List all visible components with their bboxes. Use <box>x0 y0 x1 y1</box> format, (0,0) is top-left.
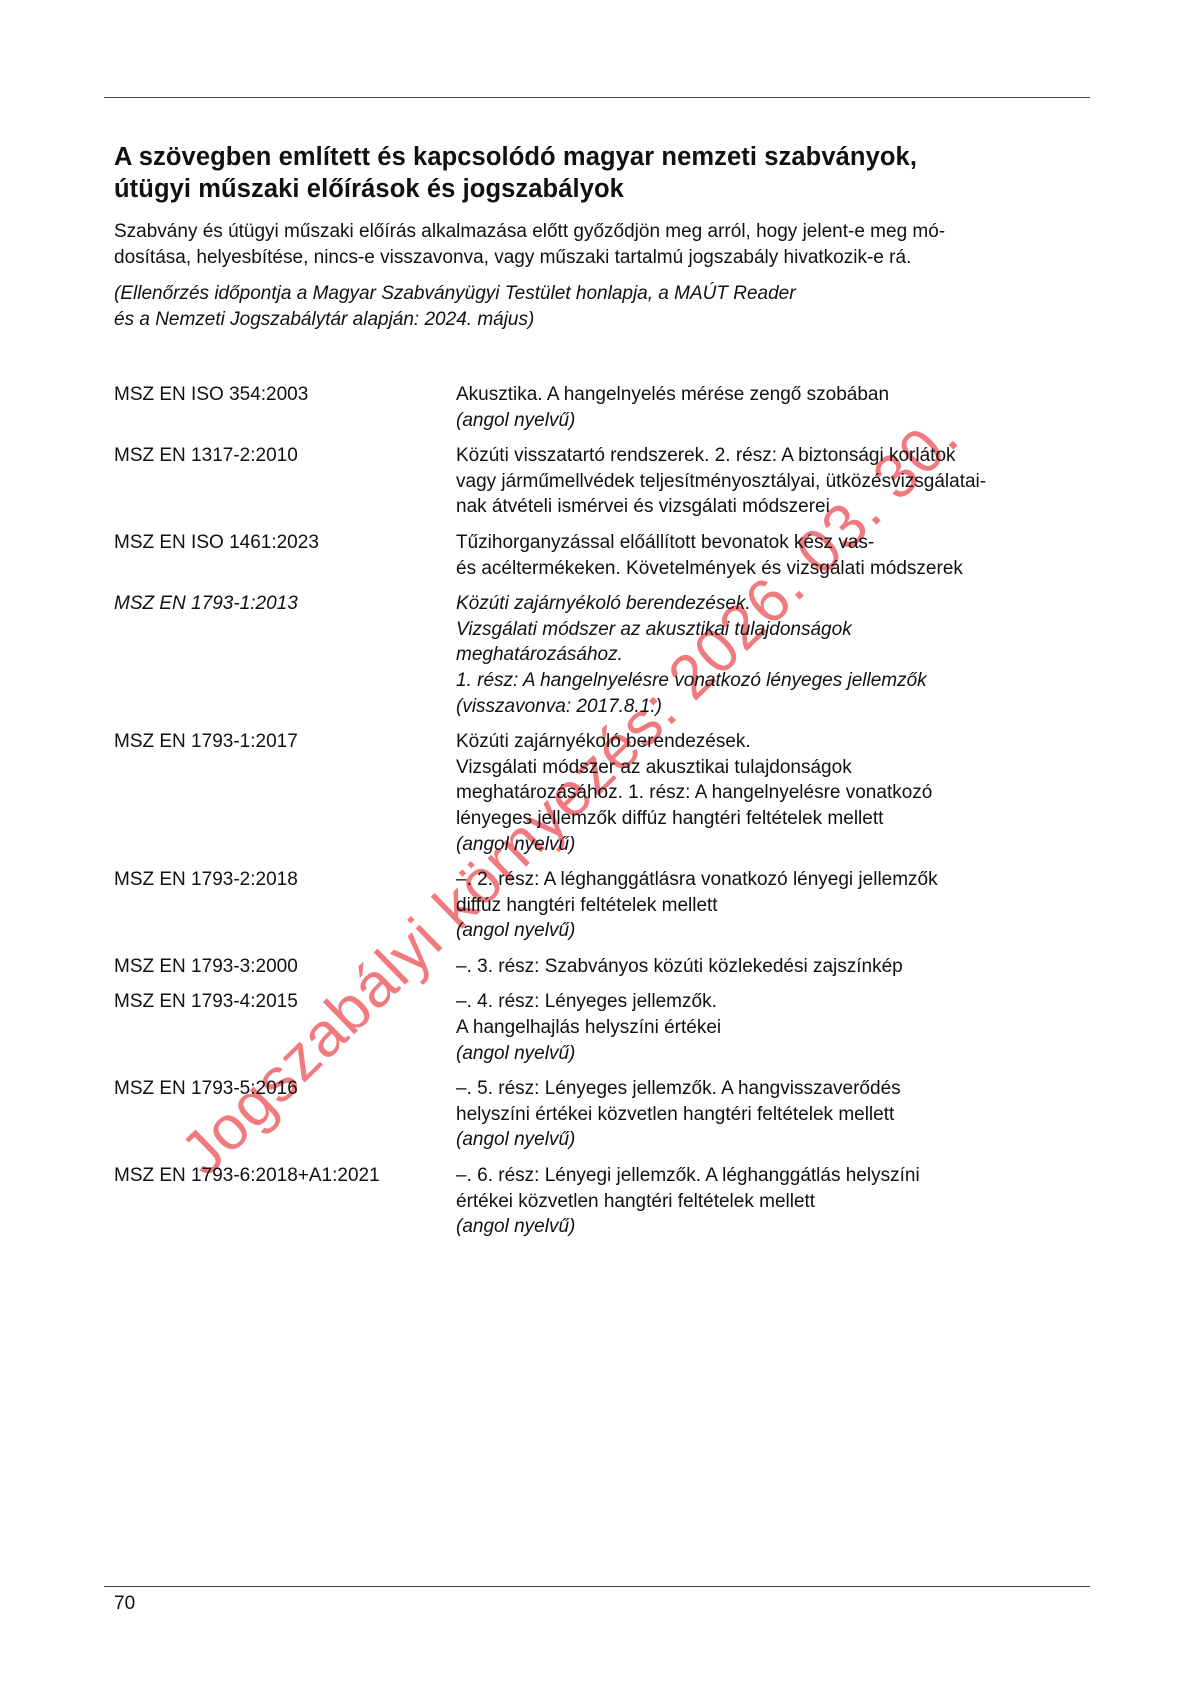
description-line: –. 3. rész: Szabványos közúti közlekedés… <box>456 954 1094 980</box>
description-line: vagy járműmellvédek teljesítményosztálya… <box>456 469 1094 495</box>
description-line: lényeges jellemzők diffúz hangtéri felté… <box>456 806 1094 832</box>
note-line-2: és a Nemzeti Jogszabálytár alapján: 2024… <box>114 307 1074 333</box>
standard-description: Közúti zajárnyékoló berendezések.Vizsgál… <box>456 591 1094 719</box>
intro-paragraph: Szabvány és útügyi műszaki előírás alkal… <box>114 219 1074 271</box>
description-line: –. 2. rész: A léghanggátlásra vonatkozó … <box>456 867 1094 893</box>
standard-row: MSZ EN 1793-1:2013Közúti zajárnyékoló be… <box>114 591 1094 719</box>
description-line: A hangelhajlás helyszíni értékei <box>456 1015 1094 1041</box>
standard-description: –. 2. rész: A léghanggátlásra vonatkozó … <box>456 867 1094 944</box>
description-line: Közúti zajárnyékoló berendezések. <box>456 729 1094 755</box>
description-line: meghatározásához. 1. rész: A hangelnyelé… <box>456 780 1094 806</box>
standard-description: Közúti visszatartó rendszerek. 2. rész: … <box>456 443 1094 520</box>
standard-row: MSZ EN 1793-3:2000–. 3. rész: Szabványos… <box>114 954 1094 980</box>
standard-code: MSZ EN 1317-2:2010 <box>114 443 456 520</box>
standard-row: MSZ EN 1317-2:2010Közúti visszatartó ren… <box>114 443 1094 520</box>
section-heading: A szövegben említett és kapcsolódó magya… <box>114 141 1074 205</box>
standard-code: MSZ EN 1793-6:2018+A1:2021 <box>114 1163 456 1240</box>
standard-description: –. 6. rész: Lényegi jellemzők. A léghang… <box>456 1163 1094 1240</box>
description-line: (angol nyelvű) <box>456 1214 1094 1240</box>
description-line: (angol nyelvű) <box>456 1127 1094 1153</box>
description-line: (visszavonva: 2017.8.1.) <box>456 694 1094 720</box>
verification-note: (Ellenőrzés időpontja a Magyar Szabványü… <box>114 281 1074 333</box>
description-line: Közúti zajárnyékoló berendezések. <box>456 591 1094 617</box>
standard-code: MSZ EN ISO 354:2003 <box>114 382 456 433</box>
standard-description: –. 4. rész: Lényeges jellemzők.A hangelh… <box>456 989 1094 1066</box>
intro-line-2: dosítása, helyesbítése, nincs-e visszavo… <box>114 245 1074 271</box>
footer-rule <box>104 1586 1090 1587</box>
description-line: (angol nyelvű) <box>456 918 1094 944</box>
description-line: Akusztika. A hangelnyelés mérése zengő s… <box>456 382 1094 408</box>
standard-code: MSZ EN ISO 1461:2023 <box>114 530 456 581</box>
description-line: –. 6. rész: Lényegi jellemzők. A léghang… <box>456 1163 1094 1189</box>
standard-row: MSZ EN 1793-1:2017Közúti zajárnyékoló be… <box>114 729 1094 857</box>
standard-code: MSZ EN 1793-3:2000 <box>114 954 456 980</box>
description-line: –. 5. rész: Lényeges jellemzők. A hangvi… <box>456 1076 1094 1102</box>
standard-description: Akusztika. A hangelnyelés mérése zengő s… <box>456 382 1094 433</box>
description-line: 1. rész: A hangelnyelésre vonatkozó lény… <box>456 668 1094 694</box>
standard-code: MSZ EN 1793-5:2016 <box>114 1076 456 1153</box>
standard-description: Közúti zajárnyékoló berendezések.Vizsgál… <box>456 729 1094 857</box>
standard-code: MSZ EN 1793-4:2015 <box>114 989 456 1066</box>
header-rule <box>104 97 1090 98</box>
standard-row: MSZ EN ISO 1461:2023Tűzihorganyzással el… <box>114 530 1094 581</box>
description-line: helyszíni értékei közvetlen hangtéri fel… <box>456 1102 1094 1128</box>
description-line: (angol nyelvű) <box>456 832 1094 858</box>
description-line: Vizsgálati módszer az akusztikai tulajdo… <box>456 755 1094 781</box>
description-line: értékei közvetlen hangtéri feltételek me… <box>456 1189 1094 1215</box>
standard-description: –. 5. rész: Lényeges jellemzők. A hangvi… <box>456 1076 1094 1153</box>
standards-list: MSZ EN ISO 354:2003Akusztika. A hangelny… <box>114 382 1094 1250</box>
standard-code: MSZ EN 1793-2:2018 <box>114 867 456 944</box>
description-line: nak átvételi ismérvei és vizsgálati móds… <box>456 494 1094 520</box>
description-line: meghatározásához. <box>456 642 1094 668</box>
intro-line-1: Szabvány és útügyi műszaki előírás alkal… <box>114 219 1074 245</box>
standard-code: MSZ EN 1793-1:2013 <box>114 591 456 719</box>
standard-row: MSZ EN ISO 354:2003Akusztika. A hangelny… <box>114 382 1094 433</box>
standard-description: Tűzihorganyzással előállított bevonatok … <box>456 530 1094 581</box>
standard-row: MSZ EN 1793-6:2018+A1:2021–. 6. rész: Lé… <box>114 1163 1094 1240</box>
description-line: –. 4. rész: Lényeges jellemzők. <box>456 989 1094 1015</box>
description-line: Tűzihorganyzással előállított bevonatok … <box>456 530 1094 556</box>
page-number: 70 <box>114 1593 135 1615</box>
description-line: Vizsgálati módszer az akusztikai tulajdo… <box>456 617 1094 643</box>
description-line: és acéltermékeken. Követelmények és vizs… <box>456 556 1094 582</box>
description-line: diffúz hangtéri feltételek mellett <box>456 893 1094 919</box>
description-line: (angol nyelvű) <box>456 408 1094 434</box>
description-line: Közúti visszatartó rendszerek. 2. rész: … <box>456 443 1094 469</box>
document-page: Jogszabályi környezés: 2026. 03. 30. A s… <box>0 0 1191 1684</box>
standard-row: MSZ EN 1793-4:2015–. 4. rész: Lényeges j… <box>114 989 1094 1066</box>
heading-line-2: útügyi műszaki előírások és jogszabályok <box>114 173 1074 205</box>
heading-line-1: A szövegben említett és kapcsolódó magya… <box>114 141 1074 173</box>
standard-description: –. 3. rész: Szabványos közúti közlekedés… <box>456 954 1094 980</box>
note-line-1: (Ellenőrzés időpontja a Magyar Szabványü… <box>114 281 1074 307</box>
standard-row: MSZ EN 1793-2:2018–. 2. rész: A léghangg… <box>114 867 1094 944</box>
standard-code: MSZ EN 1793-1:2017 <box>114 729 456 857</box>
standard-row: MSZ EN 1793-5:2016–. 5. rész: Lényeges j… <box>114 1076 1094 1153</box>
description-line: (angol nyelvű) <box>456 1041 1094 1067</box>
